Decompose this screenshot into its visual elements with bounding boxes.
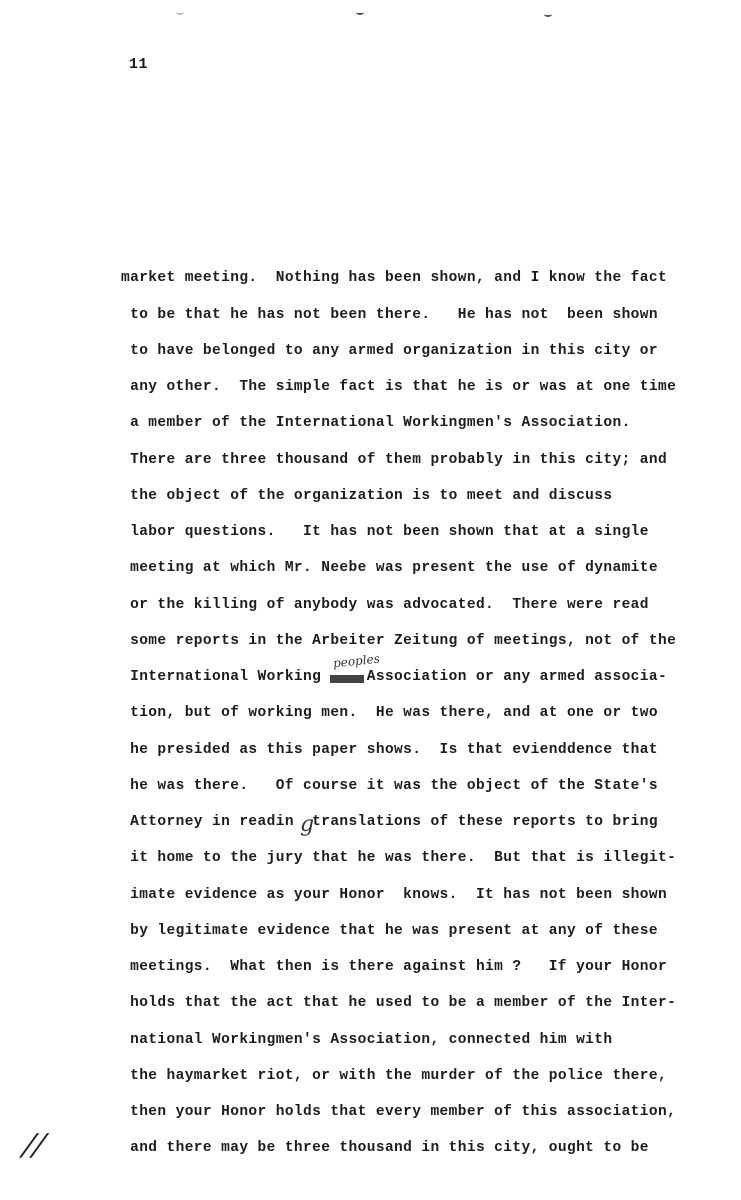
margin-mark: // xyxy=(20,1128,48,1163)
text-line: the haymarket riot, or with the murder o… xyxy=(121,1068,667,1084)
text-line: meeting at which Mr. Neebe was present t… xyxy=(121,560,658,576)
handwritten-insert-annotation: peoples xyxy=(332,652,380,671)
text-line: to have belonged to any armed organizati… xyxy=(121,343,658,359)
page-number: 11 xyxy=(129,56,148,73)
text-line: International Working Association or any… xyxy=(121,669,667,685)
text-line: and there may be three thousand in this … xyxy=(121,1140,649,1156)
text-line: he was there. Of course it was the objec… xyxy=(121,778,658,794)
text-line: to be that he has not been there. He has… xyxy=(121,307,658,323)
typed-strikeout xyxy=(330,675,364,683)
scan-speck-3 xyxy=(544,12,552,17)
text-line: There are three thousand of them probabl… xyxy=(121,452,667,468)
text-line: he presided as this paper shows. Is that… xyxy=(121,742,658,758)
text-line: imate evidence as your Honor knows. It h… xyxy=(121,887,667,903)
text-line: market meeting. Nothing has been shown, … xyxy=(121,270,667,286)
scan-speck-1 xyxy=(176,10,184,15)
text-line: by legitimate evidence that he was prese… xyxy=(121,923,658,939)
text-line: any other. The simple fact is that he is… xyxy=(121,379,676,395)
text-line: holds that the act that he used to be a … xyxy=(121,995,676,1011)
text-line: the object of the organization is to mee… xyxy=(121,488,612,504)
text-line: meetings. What then is there against him… xyxy=(121,959,667,975)
text-line: tion, but of working men. He was there, … xyxy=(121,705,658,721)
scan-speck-2 xyxy=(356,10,364,15)
text-line: then your Honor holds that every member … xyxy=(121,1104,676,1120)
text-line: labor questions. It has not been shown t… xyxy=(121,524,649,540)
text-line: a member of the International Workingmen… xyxy=(121,415,631,431)
handwritten-correction: g xyxy=(300,812,314,837)
text-line: it home to the jury that he was there. B… xyxy=(121,850,676,866)
text-line: some reports in the Arbeiter Zeitung of … xyxy=(121,633,676,649)
text-line: Attorney in readin translations of these… xyxy=(121,814,658,830)
text-line: or the killing of anybody was advocated.… xyxy=(121,597,649,613)
text-line: national Workingmen's Association, conne… xyxy=(121,1032,612,1048)
